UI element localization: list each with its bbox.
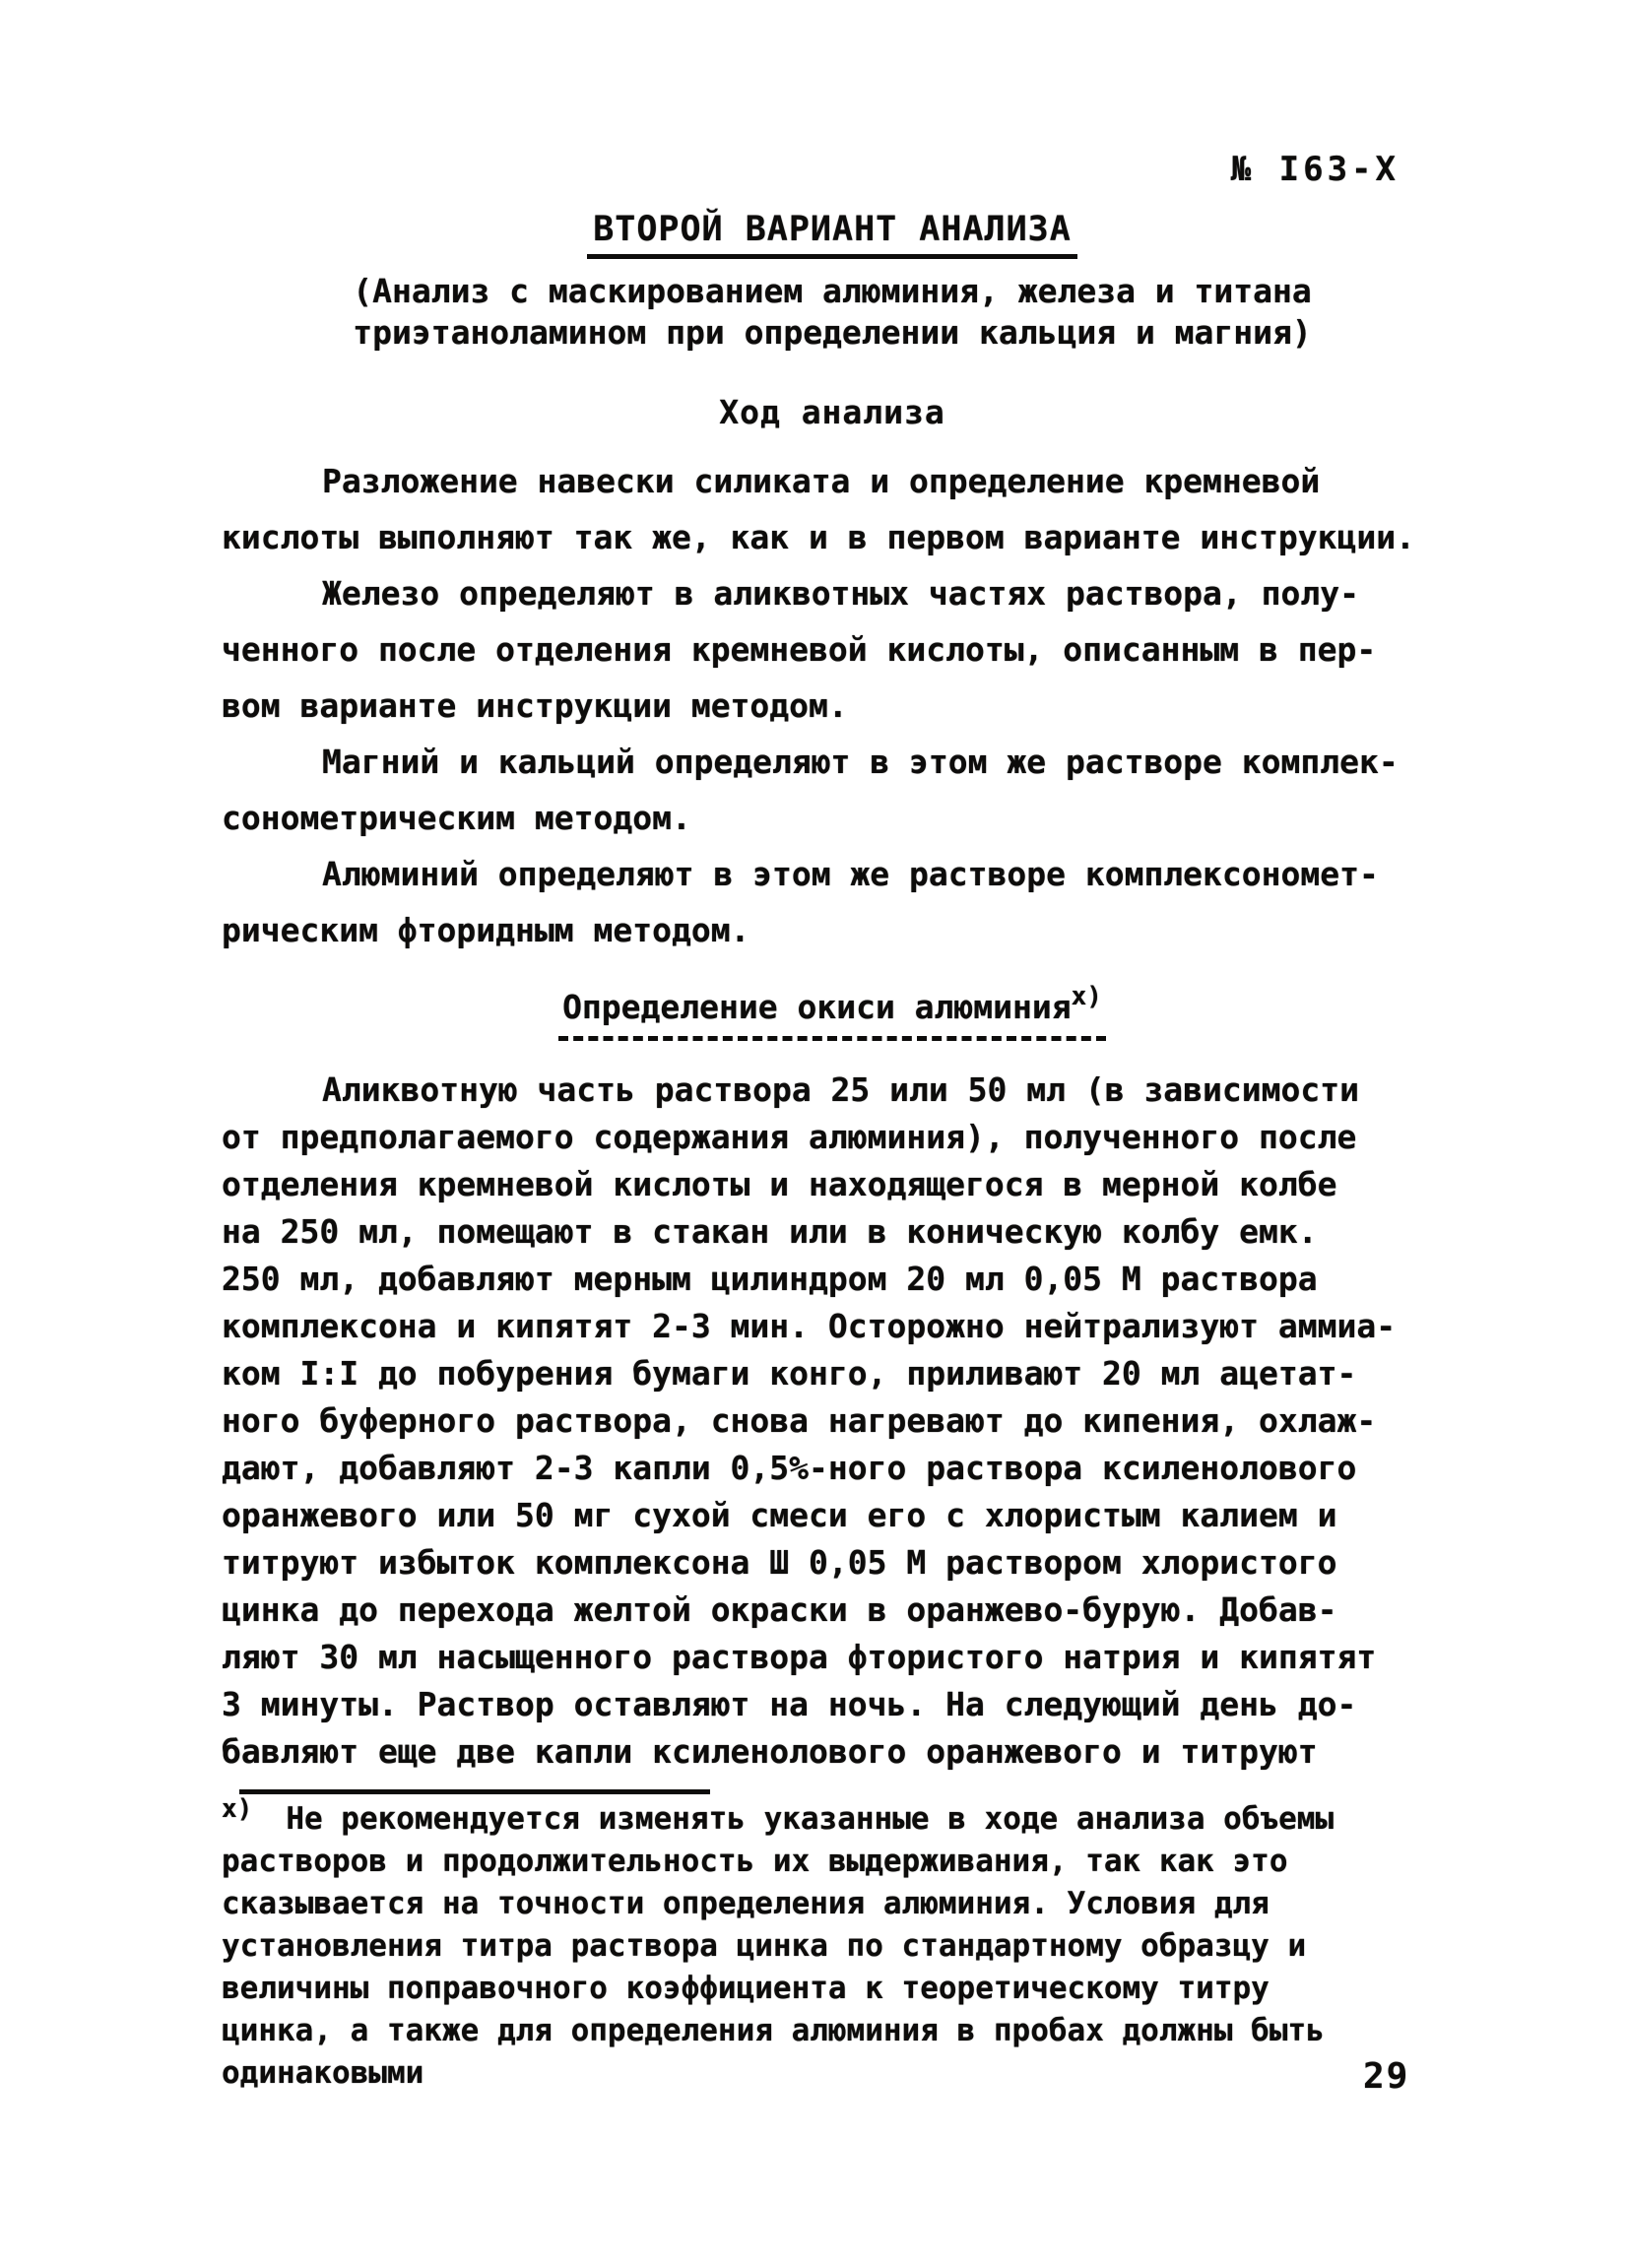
paragraph-aluminium: Алюминий определяют в этом же растворе к… — [222, 846, 1443, 958]
page-title-text: ВТОРОЙ ВАРИАНТ АНАЛИЗА — [587, 210, 1077, 259]
page-subtitle: (Анализ с маскированием алюминия, железа… — [222, 271, 1443, 354]
document-number: № I63-Х — [1231, 150, 1400, 189]
page-content: ВТОРОЙ ВАРИАНТ АНАЛИЗА (Анализ с маскиро… — [222, 210, 1443, 2095]
scanned-document-page: № I63-Х ВТОРОЙ ВАРИАНТ АНАЛИЗА (Анализ с… — [0, 0, 1628, 2268]
section-heading-alumina: Определение окиси алюминиях) — [222, 982, 1443, 1041]
footnote-marker: х) — [222, 1794, 252, 1824]
section-heading-alumina-label: Определение окиси алюминия — [562, 988, 1072, 1026]
paragraph-iron: Железо определяют в аликвотных частях ра… — [222, 565, 1443, 734]
footnote-body: х)Не рекомендуется изменять указанные в … — [222, 1788, 1443, 2095]
footnote-text: Не рекомендуется изменять указанные в хо… — [222, 1801, 1334, 2091]
section-heading-procedure: Ход анализа — [222, 393, 1443, 431]
paragraph-aliquot-procedure: Аликвотную часть раствора 25 или 50 мл (… — [222, 1067, 1443, 1776]
page-number: 29 — [1363, 2056, 1409, 2097]
paragraph-decomposition: Разложение навески силиката и определени… — [222, 453, 1443, 565]
footnote-reference-mark: х) — [1072, 982, 1102, 1011]
paragraph-magnesium-calcium: Магний и кальций определяют в этом же ра… — [222, 734, 1443, 846]
page-title: ВТОРОЙ ВАРИАНТ АНАЛИЗА — [222, 210, 1443, 259]
section-heading-alumina-text: Определение окиси алюминиях) — [558, 982, 1106, 1041]
footnote-block: х)Не рекомендуется изменять указанные в … — [222, 1789, 1443, 2095]
